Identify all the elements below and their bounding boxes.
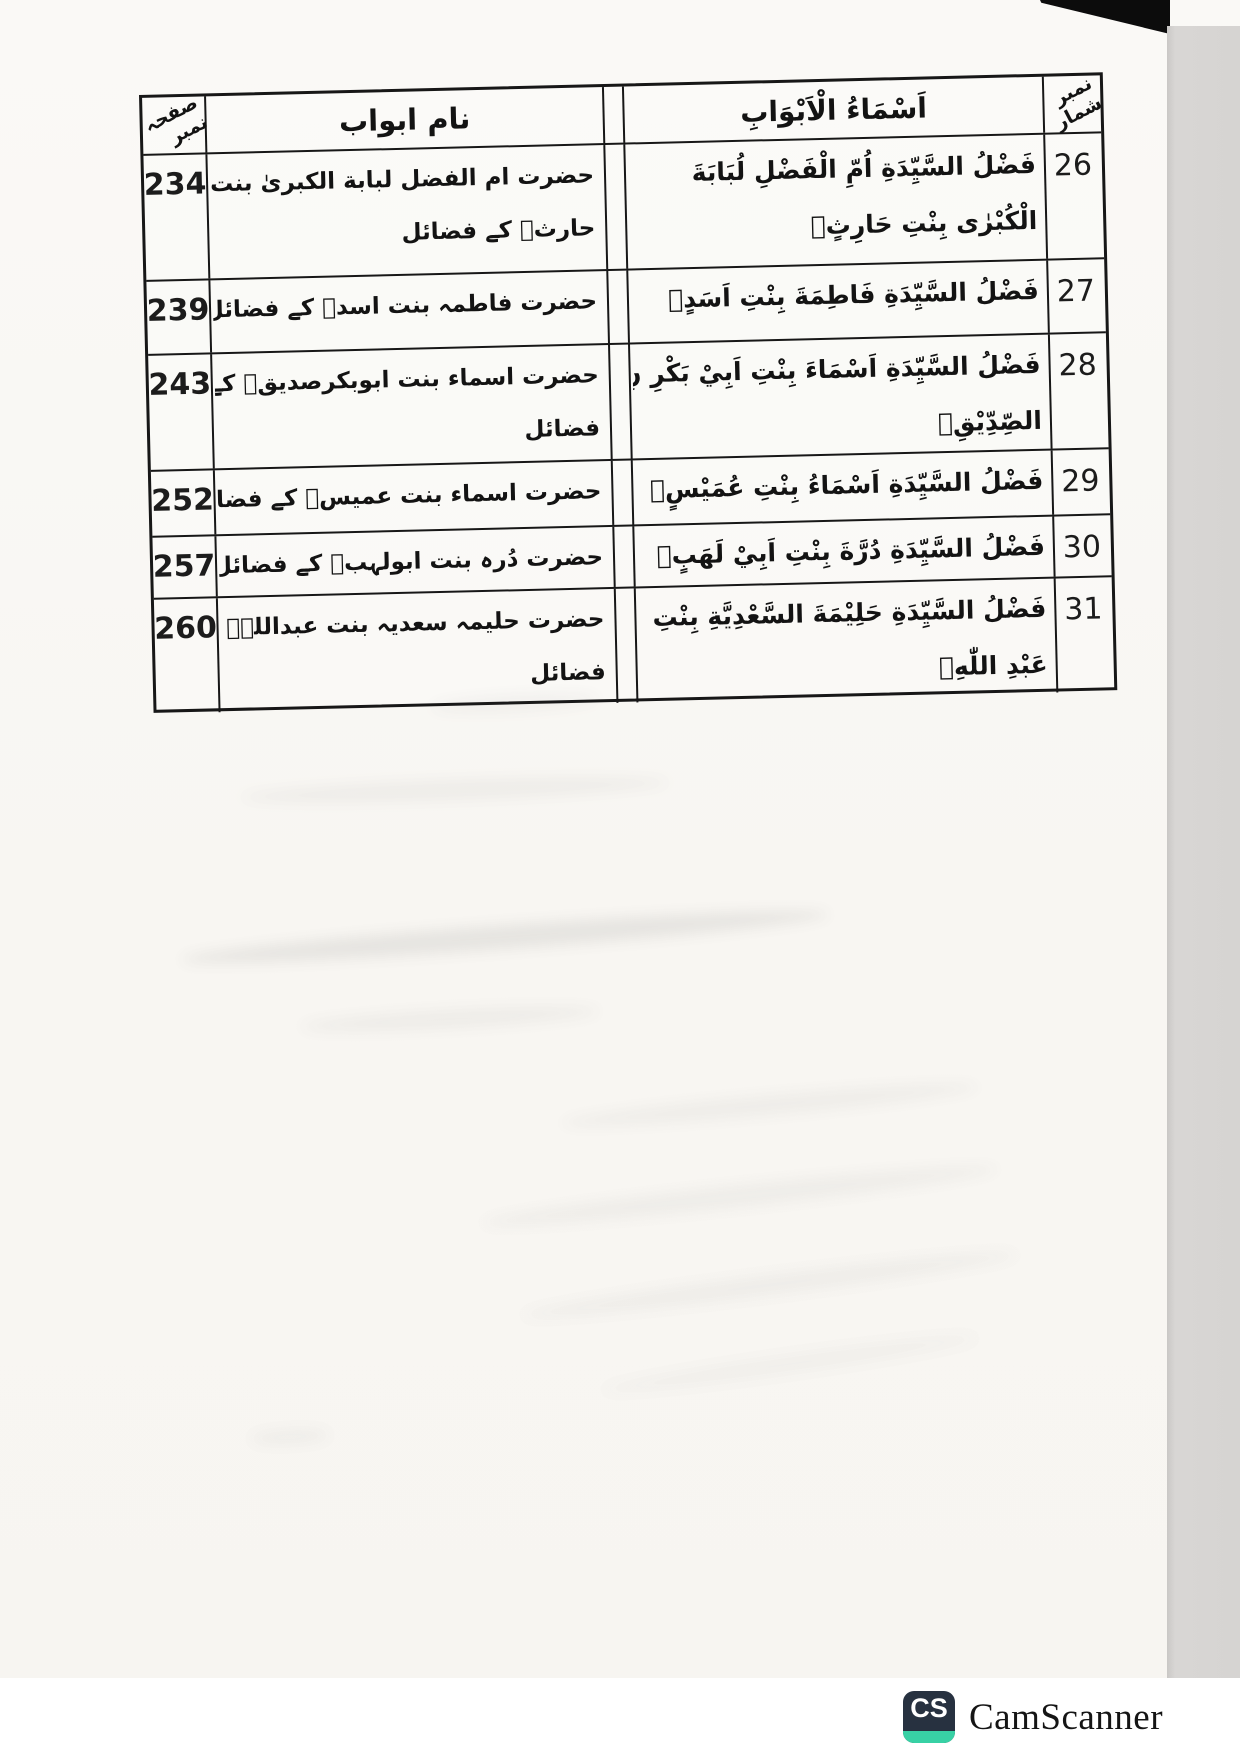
toc-row-31: 260 حضرت حلیمہ سعدیہ بنت عبداللہؓ کے فضا… [154,577,1114,710]
header-chapter-names-urdu: نام ابواب [206,87,605,152]
serial-number: 27 [1048,259,1104,332]
text-line: الصِّدِّيْقِؓ [633,393,1042,459]
serial-number: 30 [1054,515,1109,576]
contents-table: صفحہ نمبر نام ابواب اَسْمَاءُ الْاَبْوَا… [139,72,1117,713]
bleedthrough-artifact [300,1002,601,1036]
column-separator [613,460,635,524]
header-cell-serial-number: نمبر شمار [1044,75,1099,132]
chapter-name-urdu: حضرت دُرہ بنت ابولہبؓ کے فضائل [216,527,615,596]
column-separator [608,271,630,343]
header-cell-page-number: صفحہ نمبر [142,96,207,153]
text-line: فَضْلُ السَّيِّدَةِ اَسْمَاءُ بِنْتِ عُم… [635,453,1044,519]
text-line: عَبْدِ اللّٰهِؓ [639,637,1048,703]
text-line: حضرت حلیمہ سعدیہ بنت عبداللہؓ کے [220,593,605,655]
page-number: 234 [143,154,210,279]
chapter-name-urdu: حضرت اسماء بنت ابوبکرصدیقؓ کے فضائل [212,345,613,468]
page-number: 243 [148,354,215,469]
toc-row-28: 243 حضرت اسماء بنت ابوبکرصدیقؓ کے فضائل … [148,333,1108,472]
scan-edge-artifact [1040,0,1170,34]
camscanner-logo-icon: CS [903,1691,955,1743]
bleedthrough-artifact [601,1329,980,1400]
text-line: فَضْلُ السَّيِّدَةِ اَسْمَاءَ بِنْتِ اَب… [632,337,1041,403]
camscanner-label: CamScanner [969,1696,1163,1739]
bleedthrough-artifact [240,773,670,808]
chapter-name-arabic: فَضْلُ السَّيِّدَةِ دُرَّةَ بِنْتِ اَبِي… [634,517,1055,587]
text-line: فَضْلُ السَّيِّدَةِ دُرَّةَ بِنْتِ اَبِي… [636,519,1045,585]
text-line: الْكُبْرٰى بِنْتِ حَارِثٍؓ [629,193,1038,259]
bleedthrough-artifact [250,1428,331,1446]
chapter-name-urdu: حضرت اسماء بنت عمیسؓ کے فضائل [215,461,614,534]
text-line: حضرت ام الفضل لبابة الکبریٰ بنت [210,149,595,211]
header-page-number-label: صفحہ نمبر [136,91,211,159]
text-line: فَضْلُ السَّيِّدَةِ اُمِّ الْفَضْلِ لُبَ… [627,137,1036,203]
column-separator [610,345,633,459]
text-line: فضائل [221,646,606,708]
text-line: حضرت اسماء بنت ابوبکرصدیقؓ کے [214,349,599,411]
chapter-name-arabic: فَضْلُ السَّيِّدَةِ فَاطِمَةَ بِنْتِ اَس… [628,261,1050,343]
serial-number: 28 [1050,333,1107,448]
chapter-name-arabic: فَضْلُ السَّيِّدَةِ حَلِيْمَةَ السَّعْدِ… [636,579,1059,703]
bleedthrough-artifact [521,1245,1020,1326]
chapter-name-arabic: فَضْلُ السَّيِّدَةِ اُمِّ الْفَضْلِ لُبَ… [625,135,1048,269]
column-separator [604,87,625,143]
text-line: حضرت اسماء بنت عمیسؓ کے فضائل [217,465,602,527]
header-chapter-names-arabic: اَسْمَاءُ الْاَبْوَابِ [624,77,1045,143]
chapter-name-urdu: حضرت ام الفضل لبابة الکبریٰ بنت حارثؓ کے… [207,145,608,278]
serial-number: 29 [1053,449,1108,514]
camscanner-icon-accent-bar [903,1731,955,1743]
toc-row-26: 234 حضرت ام الفضل لبابة الکبریٰ بنت حارث… [143,133,1104,282]
camscanner-icon-initials: CS [903,1693,955,1724]
column-separator [616,588,639,702]
page-number: 257 [152,536,217,597]
scanned-document-page: صفحہ نمبر نام ابواب اَسْمَاءُ الْاَبْوَا… [0,0,1240,1754]
page-number: 239 [146,280,212,353]
page-number: 260 [154,598,221,713]
bleedthrough-artifact [180,902,830,971]
serial-number: 26 [1045,133,1102,258]
camscanner-watermark: CS CamScanner [903,1691,1163,1743]
text-line: فَضْلُ السَّيِّدَةِ حَلِيْمَةَ السَّعْدِ… [638,581,1047,647]
chapter-name-urdu: حضرت حلیمہ سعدیہ بنت عبداللہؓ کے فضائل [218,589,619,712]
bleedthrough-artifact [560,1077,980,1134]
text-line: فضائل [215,402,600,464]
chapter-name-arabic: فَضْلُ السَّيِّدَةِ اَسْمَاءُ بِنْتِ عُم… [633,451,1054,525]
serial-number: 31 [1056,577,1113,692]
scanner-shadow-band [1167,26,1240,1678]
text-line: حضرت دُرہ بنت ابولہبؓ کے فضائل [219,531,604,593]
page-number: 252 [151,470,216,535]
chapter-name-arabic: فَضْلُ السَّيِّدَةِ اَسْمَاءَ بِنْتِ اَب… [630,335,1053,459]
chapter-name-urdu: حضرت فاطمہ بنت اسدؓ کے فضائل [210,271,610,352]
column-separator [614,526,635,586]
text-line: فَضْلُ السَّيِّدَةِ فَاطِمَةَ بِنْتِ اَس… [630,263,1039,329]
bleedthrough-artifact [480,1158,999,1234]
text-line: حضرت فاطمہ بنت اسدؓ کے فضائل [212,275,597,337]
text-line: حارثؓ کے فضائل [211,202,596,264]
header-serial-number-label: نمبر شمار [1037,72,1105,136]
